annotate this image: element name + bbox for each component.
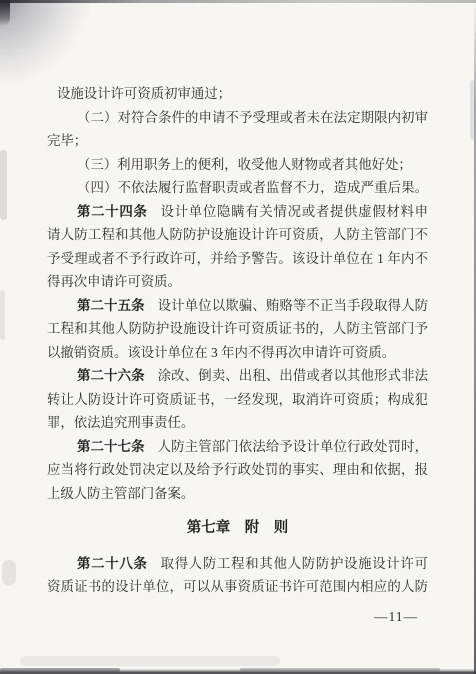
article-paragraph-line: 第二十五条设计单位以欺骗、贿赂等不正当手段取得人防 xyxy=(47,294,428,318)
body-text-line: 工程和其他人防防护设施设计许可资质证书的，人防主管部门予 xyxy=(47,317,428,341)
line-text: 第七章 附 则 xyxy=(187,520,289,536)
line-text: 取得人防工程和其他人防防护设施设计许可 xyxy=(161,556,428,571)
article-paragraph-line: 第二十七条人防主管部门依法给予设计单位行政处罚时， xyxy=(47,435,428,459)
scan-edge-top xyxy=(0,0,476,3)
article-paragraph-line: 第二十六条涂改、倒卖、出租、出借或者以其他形式非法 xyxy=(47,364,428,388)
body-text-line: 得再次申请许可资质。 xyxy=(47,270,428,294)
article-number: 第二十六条 xyxy=(77,368,145,383)
article-paragraph-line: 第二十四条设计单位隐瞒有关情况或者提供虚假材料申 xyxy=(47,200,428,224)
line-text: （四）不依法履行监督职责或者监督不力，造成严重后果。 xyxy=(77,180,428,195)
line-text: 资质证书的设计单位，可以从事资质证书许可范围内相应的人防 xyxy=(47,579,428,594)
body-text-line: 资质证书的设计单位，可以从事资质证书许可范围内相应的人防 xyxy=(47,575,428,599)
scan-smudge xyxy=(20,656,280,666)
scan-edge-bottom-smudge xyxy=(240,668,440,671)
body-text-line: 以撤销资质。该设计单位在 3 年内不得再次申请许可资质。 xyxy=(47,341,428,365)
line-text: 得再次申请许可资质。 xyxy=(47,274,181,289)
line-text: 设计单位以欺骗、贿赂等不正当手段取得人防 xyxy=(158,298,428,313)
list-item-line: （三）利用职务上的便利，收受他人财物或者其他好处； xyxy=(47,153,428,177)
scan-smudge xyxy=(0,150,7,220)
body-text-line: 设施设计许可资质初审通过； xyxy=(47,82,428,106)
line-text: 工程和其他人防防护设施设计许可资质证书的，人防主管部门予 xyxy=(47,321,428,336)
body-text-line: 予受理或者不予行政许可，并给予警告。该设计单位在 1 年内不 xyxy=(47,247,428,271)
document-text-block: 设施设计许可资质初审通过；（二）对符合条件的申请不予受理或者未在法定期限内初审完… xyxy=(47,82,428,599)
line-text: （二）对符合条件的申请不予受理或者未在法定期限内初审 xyxy=(77,110,428,125)
scanned-document-page: 设施设计许可资质初审通过；（二）对符合条件的申请不予受理或者未在法定期限内初审完… xyxy=(0,0,476,674)
scan-corner-mark xyxy=(0,0,10,26)
body-text-line: 转让人防设计许可资质证书，一经发现，取消许可资质；构成犯 xyxy=(47,388,428,412)
body-text-line: 完毕； xyxy=(47,129,428,153)
body-text-line: 上级人防主管部门备案。 xyxy=(47,482,428,506)
body-text-line: 请人防工程和其他人防防护设施设计许可资质，人防主管部门不 xyxy=(47,223,428,247)
article-number: 第二十四条 xyxy=(77,204,148,219)
line-text: 请人防工程和其他人防防护设施设计许可资质，人防主管部门不 xyxy=(47,227,428,242)
article-number: 第二十七条 xyxy=(77,439,145,454)
line-text: 应当将行政处罚决定以及给予行政处罚的事实、理由和依据，报 xyxy=(47,462,428,477)
article-number: 第二十五条 xyxy=(77,298,145,313)
line-text: 上级人防主管部门备案。 xyxy=(47,486,194,501)
page-number: —11— xyxy=(374,609,418,625)
line-text: 以撤销资质。该设计单位在 3 年内不得再次申请许可资质。 xyxy=(47,345,395,360)
chapter-heading: 第七章 附 则 xyxy=(47,517,428,541)
line-text: 涂改、倒卖、出租、出借或者以其他形式非法 xyxy=(158,368,428,383)
line-text: 设施设计许可资质初审通过； xyxy=(57,86,231,101)
line-text: 设计单位隐瞒有关情况或者提供虚假材料申 xyxy=(161,204,428,219)
scan-edge-bottom-smudge xyxy=(0,668,120,672)
scan-smudge xyxy=(470,80,475,140)
scan-smudge xyxy=(2,560,16,586)
body-text-line: 罪，依法追究刑事责任。 xyxy=(47,411,428,435)
line-text: （三）利用职务上的便利，收受他人财物或者其他好处； xyxy=(77,157,412,172)
article-number: 第二十八条 xyxy=(77,556,148,571)
article-paragraph-line: 第二十八条取得人防工程和其他人防防护设施设计许可 xyxy=(47,552,428,576)
line-text: 予受理或者不予行政许可，并给予警告。该设计单位在 1 年内不 xyxy=(47,251,428,266)
list-item-line: （四）不依法履行监督职责或者监督不力，造成严重后果。 xyxy=(47,176,428,200)
line-text: 人防主管部门依法给予设计单位行政处罚时， xyxy=(158,439,428,454)
line-text: 完毕； xyxy=(47,133,87,148)
scan-smudge xyxy=(0,290,5,340)
line-text: 转让人防设计许可资质证书，一经发现，取消许可资质；构成犯 xyxy=(47,392,428,407)
list-item-line: （二）对符合条件的申请不予受理或者未在法定期限内初审 xyxy=(47,106,428,130)
line-text: 罪，依法追究刑事责任。 xyxy=(47,415,194,430)
body-text-line: 应当将行政处罚决定以及给予行政处罚的事实、理由和依据，报 xyxy=(47,458,428,482)
